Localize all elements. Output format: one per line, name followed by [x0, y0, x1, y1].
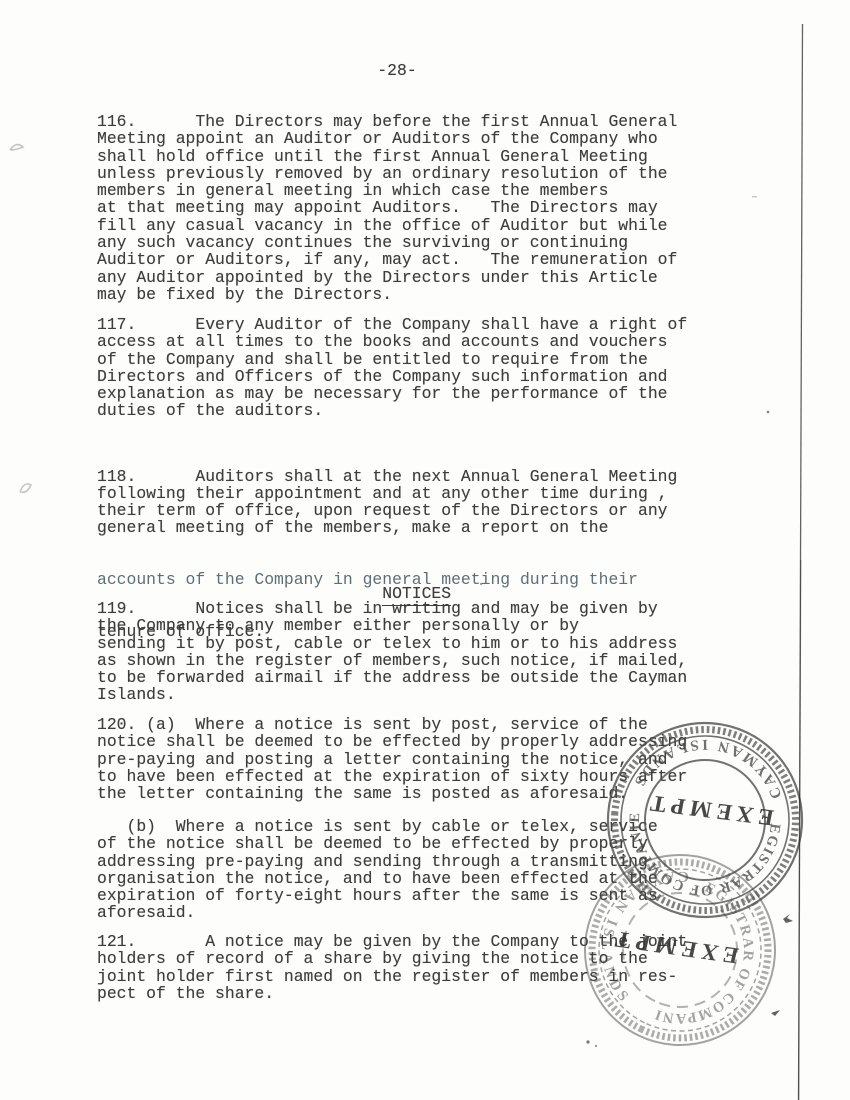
paragraph-120a: 120. (a) Where a notice is sent by post,…: [97, 716, 757, 802]
ink-speck: [783, 914, 793, 923]
paragraph-120b: (b) Where a notice is sent by cable or t…: [97, 818, 757, 922]
scan-line-vertical: [799, 560, 801, 1100]
paragraph-117: 117. Every Auditor of the Company shall …: [97, 316, 757, 420]
pencil-mark: [20, 484, 31, 492]
paragraph-121: 121. A notice may be given by the Compan…: [97, 933, 757, 1002]
ink-speck: [595, 1045, 597, 1047]
ink-speck: [586, 1040, 589, 1043]
scan-line-vertical: [799, 24, 803, 1100]
page-number: -28-: [97, 62, 697, 79]
paragraph-118-text: 118. Auditors shall at the next Annual G…: [97, 468, 757, 537]
ink-speck: [771, 1010, 780, 1016]
scanned-document-page: -28- 116. The Directors may before the f…: [0, 0, 850, 1100]
paragraph-119: 119. Notices shall be in writing and may…: [97, 600, 757, 704]
pencil-mark: [10, 145, 23, 150]
ink-speck: [767, 411, 770, 414]
paragraph-116: 116. The Directors may before the first …: [97, 113, 757, 303]
